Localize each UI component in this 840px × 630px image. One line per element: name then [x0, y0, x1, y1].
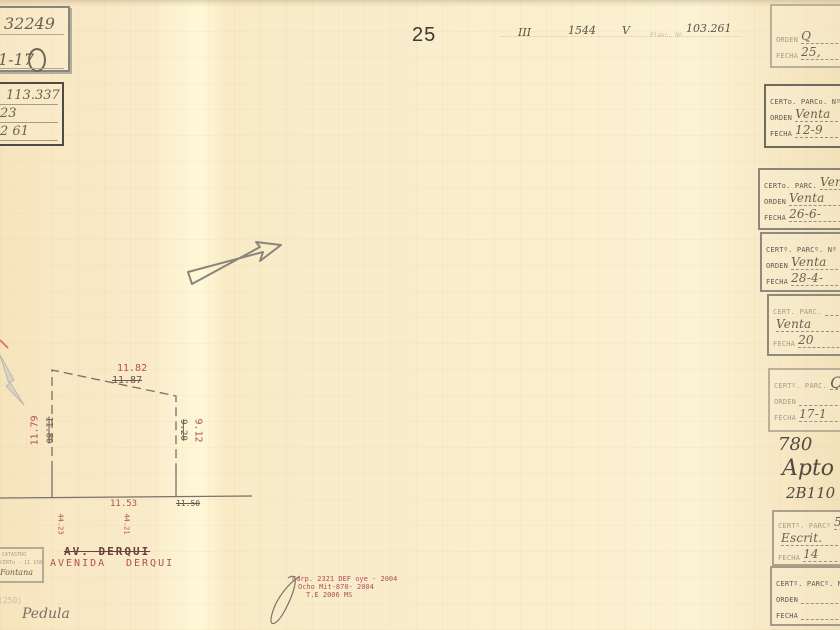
dimension-left: 11.79: [30, 415, 41, 445]
catastro-stamp: CATASTRO CERTo - 11 158 Fontana: [0, 547, 44, 583]
bottom-note-line2: Ocho Mit-870- 2004: [298, 583, 374, 591]
dimension-top: 11.82: [117, 363, 147, 374]
bottom-left-number: (250): [0, 596, 22, 605]
dimension-right: 9.12: [193, 418, 204, 442]
signature-scribble-icon: [271, 576, 300, 624]
frontage-mark-2: 44.21: [123, 513, 131, 534]
dimension-bottom-struck: 11.50: [176, 499, 200, 508]
catastro-stamp-line3: Fontana: [0, 566, 42, 577]
dimension-bottom: 11.53: [110, 499, 137, 509]
north-arrow-icon: [0, 340, 24, 405]
orientation-arrow-icon: [188, 242, 281, 284]
dimension-right-struck: 9.20: [178, 419, 188, 441]
street-name-part2: DERQUI: [126, 558, 174, 569]
dimension-top-struck: 11.87: [112, 375, 142, 386]
parcel-drawing: [0, 0, 840, 630]
street-name-struck: AV. DERQUI: [64, 545, 150, 558]
frontage-mark-1: 44.23: [57, 513, 65, 534]
bottom-left-signature: Pedula: [22, 606, 70, 622]
dimension-left-struck: 11.80: [44, 416, 54, 443]
street-name-part1: AVENIDA: [50, 558, 106, 569]
bottom-note-line1: Carp. 2321 DEF oye - 2004: [292, 575, 397, 583]
catastro-stamp-line1: CATASTRO: [0, 549, 42, 558]
catastro-stamp-line2: CERTo - 11 158: [0, 558, 42, 566]
bottom-note-line3: T.E 2006 MS: [306, 591, 352, 599]
